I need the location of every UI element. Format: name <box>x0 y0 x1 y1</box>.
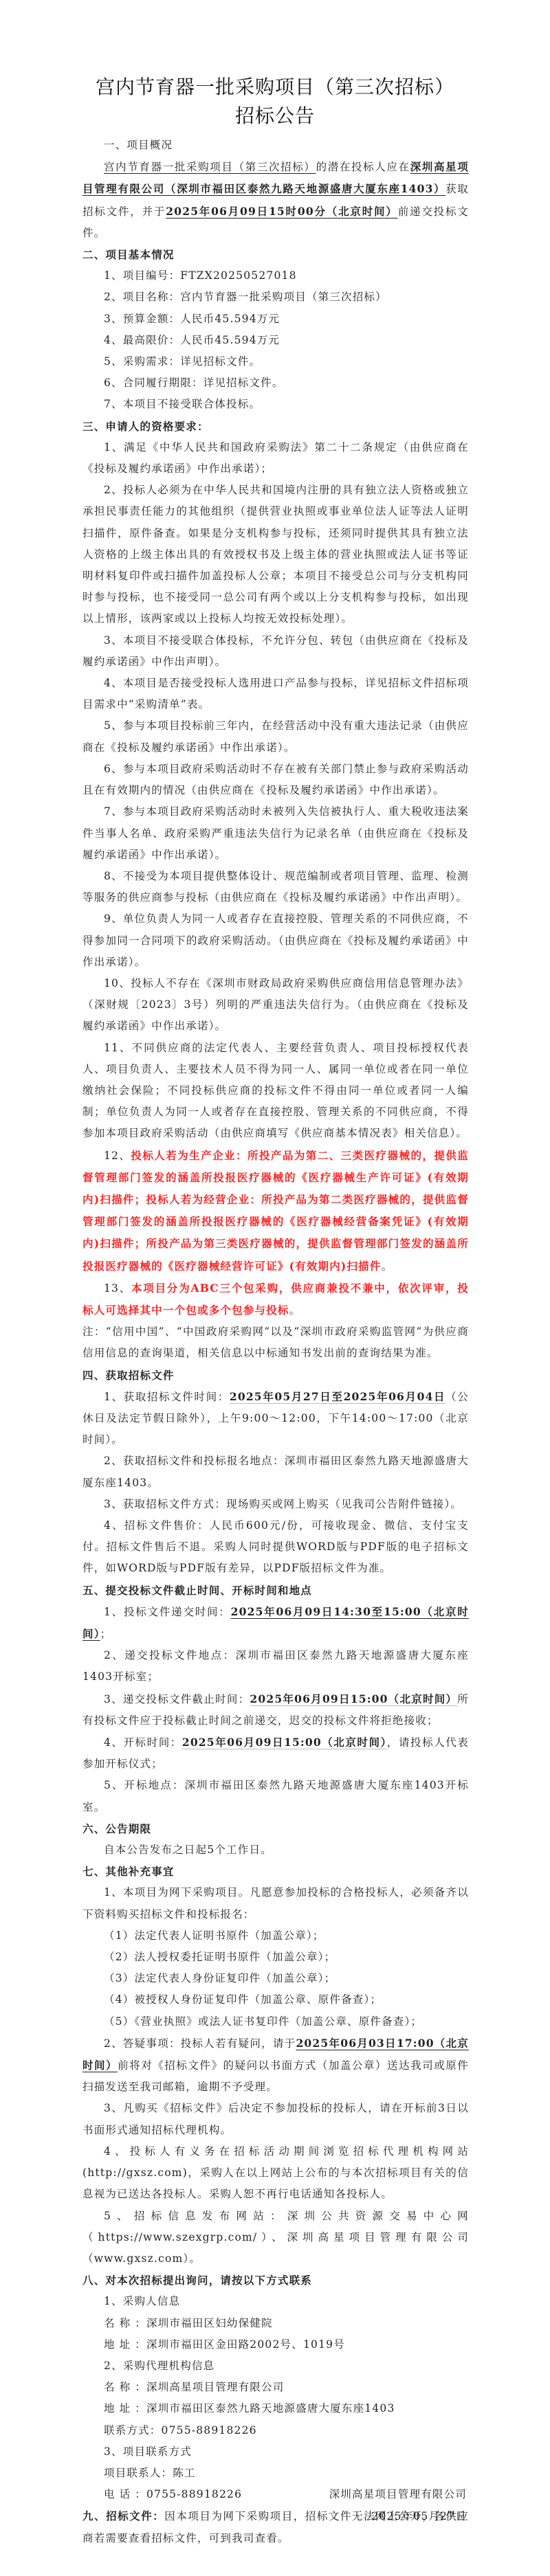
highlighted-requirement: 本项目分为ABC三个包采购，供应商兼投不兼中，依次评审，投标人可选择其中一个包或… <box>82 1281 469 1317</box>
value: 深圳市福田区妇幼保健院 <box>146 2317 273 2329</box>
doc-price: 4、招标文件售价：人民币600元/份，可接收现金、微信、支付宝支付。招标文件售后… <box>82 1515 469 1580</box>
item-number: 13、 <box>104 1282 131 1295</box>
agency-address-line: 地址：深圳市福田区泰然九路天地源盛唐大厦东座1403 <box>82 2398 469 2419</box>
label: 1、获取招标文件时间： <box>104 1391 230 1403</box>
other-item-website: 4、投标人有义务在招标活动期间浏览招标代理机构网站(http://gxsz.co… <box>82 2141 469 2206</box>
buyer-name: 名称：深圳市福田区妇幼保健院 <box>82 2313 469 2334</box>
section-heading-tender-docs: 九、招标文件： <box>82 2509 164 2522</box>
document-title: 宫内节育器一批采购项目（第三次招标） <box>0 72 550 100</box>
other-item: 3、凡购买《招标文件》后决定不参加投标的投标人，请在开标前3日以书面形式通知招标… <box>82 2098 469 2140</box>
label: 项目联系人： <box>104 2467 173 2479</box>
section-heading-basic-info: 二、项目基本情况 <box>82 244 469 265</box>
overview-paragraph: 宫内节育器一批采购项目（第三次招标）的潜在投标人应在深圳高星项目管理有限公司（深… <box>82 156 469 244</box>
section-heading-qualifications: 三、申请人的资格要求： <box>82 416 469 437</box>
document-subtitle: 招标公告 <box>0 101 550 128</box>
value: 0755-88918226 <box>162 2424 257 2437</box>
item-end: 。 <box>289 1304 301 1317</box>
submission-location: 2、递交投标文件地点：深圳市福田区泰然九路天地源盛唐大厦东座1403开标室； <box>82 1645 469 1688</box>
qa-rest: 前将对《招标文件》的疑问以书面方式（加盖公章）送达我司或原件扫描发送至我司邮箱，… <box>82 2059 469 2093</box>
qualification-item: 9、单位负责人为同一人或者存在直接控股、管理关系的不同供应商，不得参加同一合同项… <box>82 908 469 973</box>
obtain-method: 3、获取招标文件方式：现场购买或网上购买（见我司公告附件链接）。 <box>82 1494 469 1515</box>
opening-date: 2025年06月09日15:00（北京时间） <box>182 1736 387 1749</box>
announcement-body: 一、项目概况 宫内节育器一批采购项目（第三次招标）的潜在投标人应在深圳高星项目管… <box>82 135 469 2549</box>
opening-time: 4、开标时间：2025年06月09日15:00（北京时间），请投标人代表参加开标… <box>82 1732 469 1775</box>
overview-text: 的潜在投标人应在 <box>316 161 410 173</box>
qualification-item: 3、本项目不接受联合体投标，不允许分包、转包（由供应商在《投标及履约承诺函》中作… <box>82 630 469 673</box>
label: 名称： <box>104 2313 146 2334</box>
qualification-item-lots: 13、本项目分为ABC三个包采购，供应商兼投不兼中，依次评审，投标人可选择其中一… <box>82 1277 469 1321</box>
basic-info-item: 3、预算金额：人民币45.594万元 <box>82 309 469 330</box>
signature-date: 2025年05月27日 <box>371 2508 467 2523</box>
section-heading-contact: 八、对本次招标提出询问，请按以下方式联系 <box>82 2270 469 2291</box>
qualification-item: 10、投标人不存在《深圳市财政局政府采购供应商信用信息管理办法》（深财规〔202… <box>82 973 469 1038</box>
basic-info-item: 7、本项目不接受联合体投标。 <box>82 394 469 415</box>
qualification-item: 4、本项目是否接受投标人选用进口产品参与投标，详见招标文件招标项目需求中“采购清… <box>82 673 469 715</box>
qualification-item: 6、参与本项目政府采购活动时不存在被有关部门禁止参与政府采购活动且在有效期内的情… <box>82 759 469 801</box>
submission-deadline: 2025年06月09日15时00分（北京时间） <box>166 205 397 218</box>
announcement-period: 自本公告发布之日起5个工作日。 <box>82 1839 469 1861</box>
qualification-item-medical-license: 12、投标人若为生产企业：所投产品为第二、三类医疗器械的，提供监督管理部门签发的… <box>82 1145 469 1277</box>
agency-name: 名称：深圳高星项目管理有限公司 <box>82 2377 469 2398</box>
section-heading-overview: 一、项目概况 <box>82 135 469 156</box>
required-doc: （2）法人授权委托证明书原件（加盖公章）； <box>82 1947 469 1968</box>
other-item: 1、本项目为网下采购项目。凡愿意参加投标的合格投标人，必须备齐以下资料购买招标文… <box>82 1882 469 1925</box>
label: 3、递交投标文件截止时间： <box>104 1693 250 1705</box>
label: 2、答疑事项：投标人若有疑问，请于 <box>104 2037 296 2050</box>
qualification-item: 11、不同供应商的法定代表人、主要经营负责人、项目投标授权代表人、项目负责人、主… <box>82 1038 469 1145</box>
required-doc: （1）法定代表人证明书原件（加盖公章）； <box>82 1925 469 1947</box>
label: 4、开标时间： <box>104 1736 182 1749</box>
section-heading-period: 六、公告期限 <box>82 1818 469 1839</box>
basic-info-item: 2、项目名称：宫内节育器一批采购项目（第三次招标） <box>82 287 469 308</box>
qualification-item: 7、参与本项目政府采购活动时未被列入失信被执行人、重大税收违法案件当事人名单、政… <box>82 801 469 866</box>
value: 深圳市福田区金田路2002号、1019号 <box>146 2338 345 2351</box>
punct: ； <box>100 1628 112 1640</box>
submission-time: 1、投标文件递交时间：2025年06月09日14:30至15:00（北京时间）； <box>82 1601 469 1645</box>
agency-info-title: 2、采购代理机构信息 <box>82 2355 469 2377</box>
value: 深圳高星项目管理有限公司 <box>146 2381 284 2393</box>
buyer-address: 地址：深圳市福田区金田路2002号、1019号 <box>82 2334 469 2355</box>
qualification-item: 2、投标人必须为在中华人民共和国境内注册的具有独立法人资格或独立承担民事责任能力… <box>82 480 469 629</box>
basic-info-item: 1、项目编号：FTZX20250527018 <box>82 265 469 287</box>
project-contact-person: 项目联系人：陈工 <box>82 2463 469 2484</box>
obtain-date-range: 2025年05月27日至2025年06月04日 <box>230 1390 445 1403</box>
value: 深圳市福田区泰然九路天地源盛唐大厦东座1403 <box>146 2402 395 2415</box>
credit-note: 注：“信用中国”、“中国政府采购网”以及“深圳市政府采购监管网”为供应商信用信息… <box>82 1321 469 1364</box>
other-item-publish-sites: 5、招标信息发布网站：深圳公共资源交易中心网（https://www.szexg… <box>82 2206 469 2270</box>
qa-item: 2、答疑事项：投标人若有疑问，请于2025年06月03日17:00（北京时间）前… <box>82 2032 469 2098</box>
section-heading-obtain-docs: 四、获取招标文件 <box>82 1365 469 1386</box>
qualification-item: 8、不接受为本项目提供整体设计、规范编制或者项目管理、监理、检测等服务的供应商参… <box>82 866 469 908</box>
label: 名称： <box>104 2377 146 2398</box>
obtain-location: 2、获取招标文件和投标报名地点：深圳市福田区泰然九路天地源盛唐大厦东座1403。 <box>82 1451 469 1493</box>
obtain-time: 1、获取招标文件时间：2025年05月27日至2025年06月04日（公休日及法… <box>82 1386 469 1451</box>
label: 联系方式： <box>104 2424 162 2437</box>
label: 电话： <box>104 2484 146 2505</box>
agency-phone: 联系方式：0755-88918226 <box>82 2420 469 2441</box>
deadline-date: 2025年06月09日15:00（北京时间） <box>250 1692 457 1705</box>
project-name-link: 宫内节育器一批采购项目（第三次招标） <box>104 161 316 173</box>
submission-deadline-item: 3、递交投标文件截止时间：2025年06月09日15:00（北京时间）所有投标文… <box>82 1688 469 1732</box>
label: 地址： <box>104 2334 146 2355</box>
label: 1、投标文件递交时间： <box>104 1606 231 1618</box>
value: 0755-88918226 <box>146 2488 242 2500</box>
basic-info-item: 6、合同履行期限：详见招标文件。 <box>82 372 469 394</box>
basic-info-item: 4、最高限价：人民币45.594万元 <box>82 330 469 351</box>
required-doc: （5）《营业执照》或法人证书复印件（加盖公章、原件备查）； <box>82 2011 469 2032</box>
label: 地址： <box>104 2398 146 2419</box>
required-doc: （3）法定代表人身份证复印件（加盖公章）； <box>82 1968 469 1989</box>
qualification-item: 1、满足《中华人民共和国政府采购法》第二十二条规定（由供应商在《投标及履约承诺函… <box>82 437 469 480</box>
qualification-item: 5、参与本项目投标前三年内，在经营活动中没有重大违法记录（由供应商在《投标及履约… <box>82 715 469 758</box>
section-heading-deadline: 五、提交投标文件截止时间、开标时间和地点 <box>82 1580 469 1601</box>
section-heading-other: 七、其他补充事宜 <box>82 1861 469 1882</box>
required-doc: （4）被授权人身份证复印件（加盖公章、原件备查）； <box>82 1989 469 2011</box>
buyer-info-title: 1、采购人信息 <box>82 2291 469 2312</box>
basic-info-item: 5、采购需求：详见招标文件。 <box>82 351 469 372</box>
item-end: 。 <box>382 1260 393 1273</box>
signature-company: 深圳高星项目管理有限公司 <box>329 2486 467 2501</box>
project-contact-title: 3、项目联系方式 <box>82 2441 469 2463</box>
highlighted-requirement: 投标人若为生产企业：所投产品为第二、三类医疗器械的，提供监督管理部门签发的涵盖所… <box>82 1149 469 1273</box>
item-number: 12、 <box>104 1150 131 1162</box>
opening-location: 5、开标地点：深圳市福田区泰然九路天地源盛唐大厦东座1403开标室。 <box>82 1775 469 1817</box>
value: 陈工 <box>173 2467 195 2479</box>
